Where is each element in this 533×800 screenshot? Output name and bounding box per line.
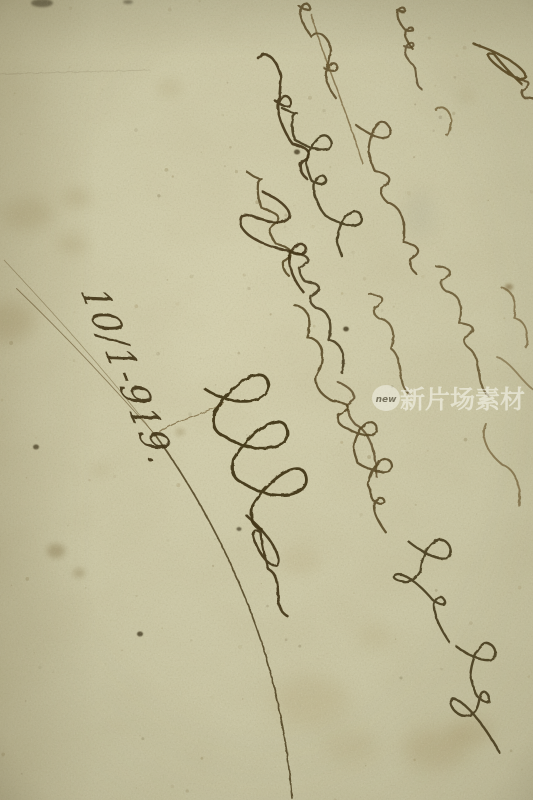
- manuscript-canvas: 10/1-919. new 新片场素材: [0, 0, 533, 800]
- watermark-logo-text: new: [376, 395, 398, 405]
- manuscript-photo: 10/1-919. new 新片场素材: [0, 0, 533, 800]
- watermark-brand-text: 新片场素材: [400, 385, 525, 414]
